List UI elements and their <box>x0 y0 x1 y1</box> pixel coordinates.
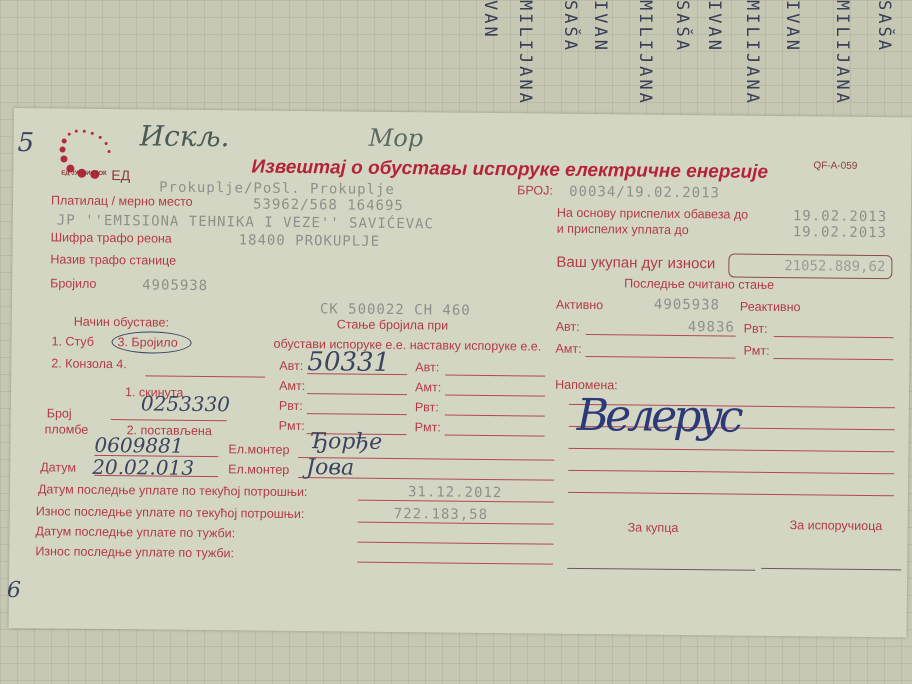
handwritten-name: MILIJANA <box>742 0 762 106</box>
note-signature: Велерус <box>577 390 740 443</box>
last-reading-meter: 4905938 <box>654 297 720 314</box>
right-rmt-label: Рмт: <box>743 344 769 358</box>
state-label-rmt: Рмт: <box>279 419 305 433</box>
state-label-rvt-resume: Рвт: <box>415 400 439 414</box>
meter-extra-typed: CK 500022 CH 460 <box>320 301 471 319</box>
method-option-2: 2. Конзола 4. <box>51 356 127 371</box>
meter-state-label: Стање бројила при <box>337 317 449 332</box>
margin-note: 5 <box>17 128 34 158</box>
state-label-amt-resume: Амт: <box>415 380 441 394</box>
transformer-name-label: Назив трафо станице <box>50 252 176 267</box>
form-title: Извештај о обуставы испоруке електричне … <box>251 156 768 183</box>
handwritten-name: IVAN <box>704 0 724 53</box>
number-label: БРОЈ: <box>517 183 553 197</box>
supplier-label: За испоручиоца <box>790 518 883 533</box>
date-label: Датум <box>40 460 76 474</box>
payments-date: 19.02.2013 <box>793 224 887 241</box>
buyer-signature-line <box>567 568 755 571</box>
handwritten-name: IVAN <box>590 0 610 53</box>
right-avt-label: Авт: <box>556 320 580 334</box>
right-rvt-label: Рвт: <box>744 322 768 336</box>
method-option-1: 1. Стуб <box>51 334 93 348</box>
electrician-signature-2: Јова <box>306 455 354 481</box>
payer-value: 53962/568 164695 <box>253 197 404 215</box>
margin-note: 6 <box>7 578 21 603</box>
seal-removed-value: 0253330 <box>141 391 230 416</box>
lawsuit-date-label: Датум последње уплате по тужби: <box>35 524 235 540</box>
form-code: QF-A-059 <box>813 160 857 171</box>
payer-label: Платилац / мерно место <box>51 193 193 208</box>
handwritten-name: VAN <box>480 0 500 40</box>
transformer-code-label: Шифра трафо реона <box>51 230 172 245</box>
electrician-label-2: Ел.монтер <box>228 462 289 477</box>
state-label-rmt-resume: Рмт: <box>415 420 441 434</box>
last-payment-date-value: 31.12.2012 <box>408 484 502 501</box>
last-payment-amount-label: Износ последње уплате по текућој потрошњ… <box>36 504 305 521</box>
supplier-signature-line <box>761 568 901 570</box>
buyer-label: За купца <box>628 520 679 535</box>
lawsuit-amount-label: Износ последње уплате по тужби: <box>35 544 234 560</box>
logo-text: ЕД <box>111 167 130 183</box>
handwritten-name: SAŠA <box>672 0 692 53</box>
state-label-avt-resume: Авт: <box>415 360 439 374</box>
electrician-signature-1: Ђорђе <box>310 429 382 455</box>
debt-label: Ваш укупан дуг износи <box>556 254 715 273</box>
payer-name-typed: JP ''EMISIONA TEHNIKA I VEZE'' SAVIĆEVAC <box>57 212 434 232</box>
state-label-rvt: Рвт: <box>279 399 303 413</box>
state-avt-suspend-value: 50331 <box>307 347 390 378</box>
suspension-report-form: 5 6 ЕД ЈУГОИСТОК ЕД Искљ. Мор Извештај о… <box>9 108 912 637</box>
meter-value: 4905938 <box>142 277 208 294</box>
debt-value: 21052.889,62 <box>784 258 885 275</box>
last-payment-amount-value: 722.183,58 <box>394 506 488 523</box>
reactive-label: Реактивно <box>740 300 801 315</box>
right-amt-label: Амт: <box>555 342 581 356</box>
handwritten-name: IVAN <box>782 0 802 53</box>
handwritten-name: SAŠA <box>874 0 894 53</box>
transformer-code-value: 18400 PROKUPLJE <box>239 232 381 249</box>
logo-small-text: ЕД ЈУГОИСТОК <box>61 170 106 176</box>
last-payment-date-label: Датум последње уплате по текућој потрошњ… <box>38 482 308 499</box>
obligations-date: 19.02.2013 <box>793 208 887 225</box>
seal-label: Број <box>47 406 72 420</box>
state-label-amt: Амт: <box>279 379 305 393</box>
state-label-avt: Авт: <box>279 359 303 373</box>
number-value: 00034/19.02.2013 <box>569 184 720 202</box>
debt-box: 21052.889,62 <box>728 253 892 279</box>
handwritten-name: MILIJANA <box>635 0 655 106</box>
electrician-label-1: Ел.монтер <box>228 442 289 457</box>
seal-label-2: пломбе <box>45 422 89 436</box>
active-label: Активно <box>556 298 603 312</box>
handwritten-name: SAŠA <box>560 0 580 53</box>
handwritten-name: MILIJANA <box>832 0 852 106</box>
right-avt-value: 49836 <box>688 319 735 335</box>
handwritten-name: MILIJANA <box>515 0 535 106</box>
suspension-method-label: Начин обуставе: <box>74 315 169 330</box>
last-reading-label: Последње очитано стање <box>624 276 774 292</box>
obligations-label: На основу приспелих обавеза до <box>557 206 748 222</box>
office-typed: Prokuplje/PoSl. Prokuplje <box>159 180 395 198</box>
handwritten-note: Искљ. <box>140 119 230 153</box>
meter-label: Бројило <box>50 276 96 290</box>
selected-method-circle <box>111 331 191 354</box>
payments-label: и приспелих уплата до <box>557 222 689 237</box>
handwritten-note: Мор <box>369 124 424 153</box>
